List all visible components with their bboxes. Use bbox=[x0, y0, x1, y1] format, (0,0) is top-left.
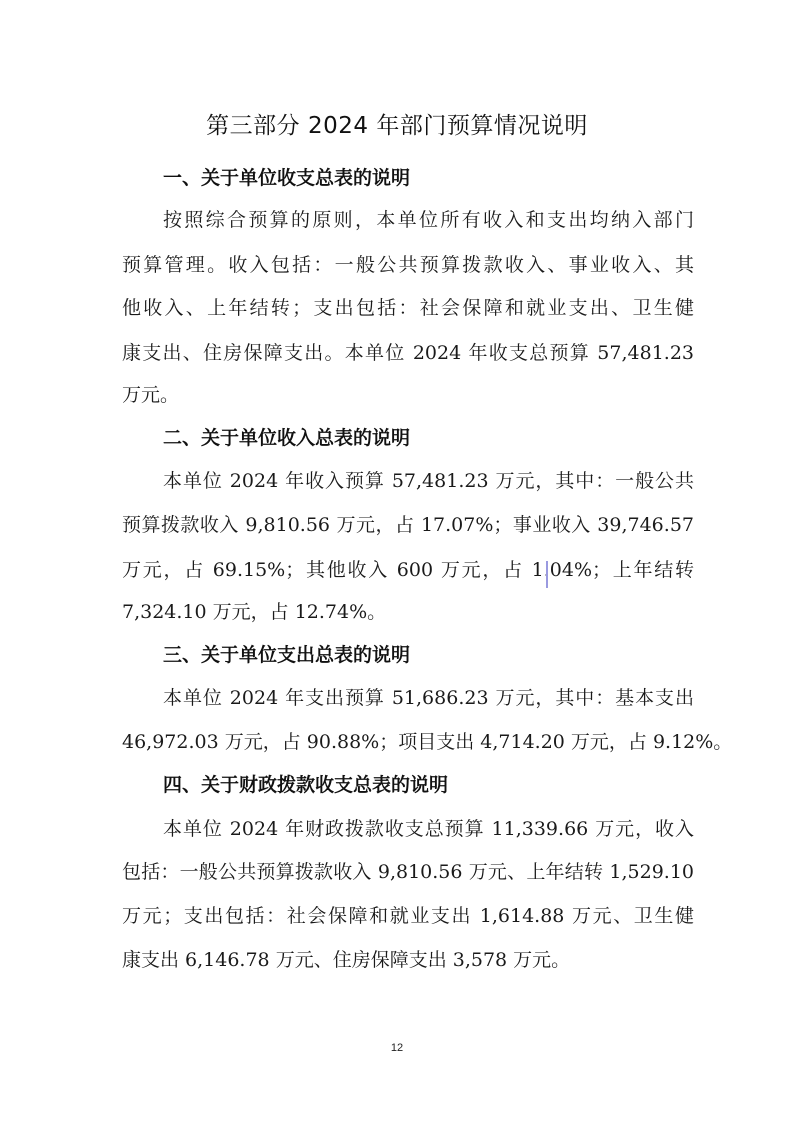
paragraph-line: 46,972.03 万元，占 90.88%；项目支出 4,714.20 万元，占… bbox=[122, 728, 694, 756]
paragraph-line: 7,324.10 万元，占 12.74%。 bbox=[122, 598, 694, 626]
paragraph-line: 按照综合预算的原则，本单位所有收入和支出均纳入部门 bbox=[163, 206, 694, 234]
text-cursor bbox=[546, 561, 548, 588]
paragraph-line: 他收入、上年结转；支出包括：社会保障和就业支出、卫生健 bbox=[122, 294, 694, 322]
paragraph-line: 包括：一般公共预算拨款收入 9,810.56 万元、上年结转 1,529.10 bbox=[122, 858, 694, 886]
paragraph-line: 万元，占 69.15%；其他收入 600 万元，占 1.04%；上年结转 bbox=[122, 556, 694, 584]
paragraph-line: 预算拨款收入 9,810.56 万元，占 17.07%；事业收入 39,746.… bbox=[122, 511, 694, 539]
section-heading-4: 四、关于财政拨款收支总表的说明 bbox=[163, 771, 448, 799]
document-page: 第三部分 2024 年部门预算情况说明 一、关于单位收支总表的说明 按照综合预算… bbox=[0, 0, 794, 1123]
paragraph-line: 万元。 bbox=[122, 381, 694, 409]
paragraph-line: 万元；支出包括：社会保障和就业支出 1,614.88 万元、卫生健 bbox=[122, 902, 694, 930]
paragraph-line: 康支出、住房保障支出。本单位 2024 年收支总预算 57,481.23 bbox=[122, 339, 694, 367]
paragraph-line: 本单位 2024 年收入预算 57,481.23 万元，其中：一般公共 bbox=[163, 467, 694, 495]
paragraph-line: 本单位 2024 年财政拨款收支总预算 11,339.66 万元，收入 bbox=[163, 815, 694, 843]
section-heading-1: 一、关于单位收支总表的说明 bbox=[163, 164, 410, 192]
paragraph-line: 本单位 2024 年支出预算 51,686.23 万元，其中：基本支出 bbox=[163, 684, 694, 712]
paragraph-line: 预算管理。收入包括：一般公共预算拨款收入、事业收入、其 bbox=[122, 251, 694, 279]
page-title: 第三部分 2024 年部门预算情况说明 bbox=[0, 110, 794, 142]
section-heading-3: 三、关于单位支出总表的说明 bbox=[163, 641, 410, 669]
page-number: 12 bbox=[0, 1042, 794, 1054]
section-heading-2: 二、关于单位收入总表的说明 bbox=[163, 424, 410, 452]
paragraph-line: 康支出 6,146.78 万元、住房保障支出 3,578 万元。 bbox=[122, 946, 694, 974]
